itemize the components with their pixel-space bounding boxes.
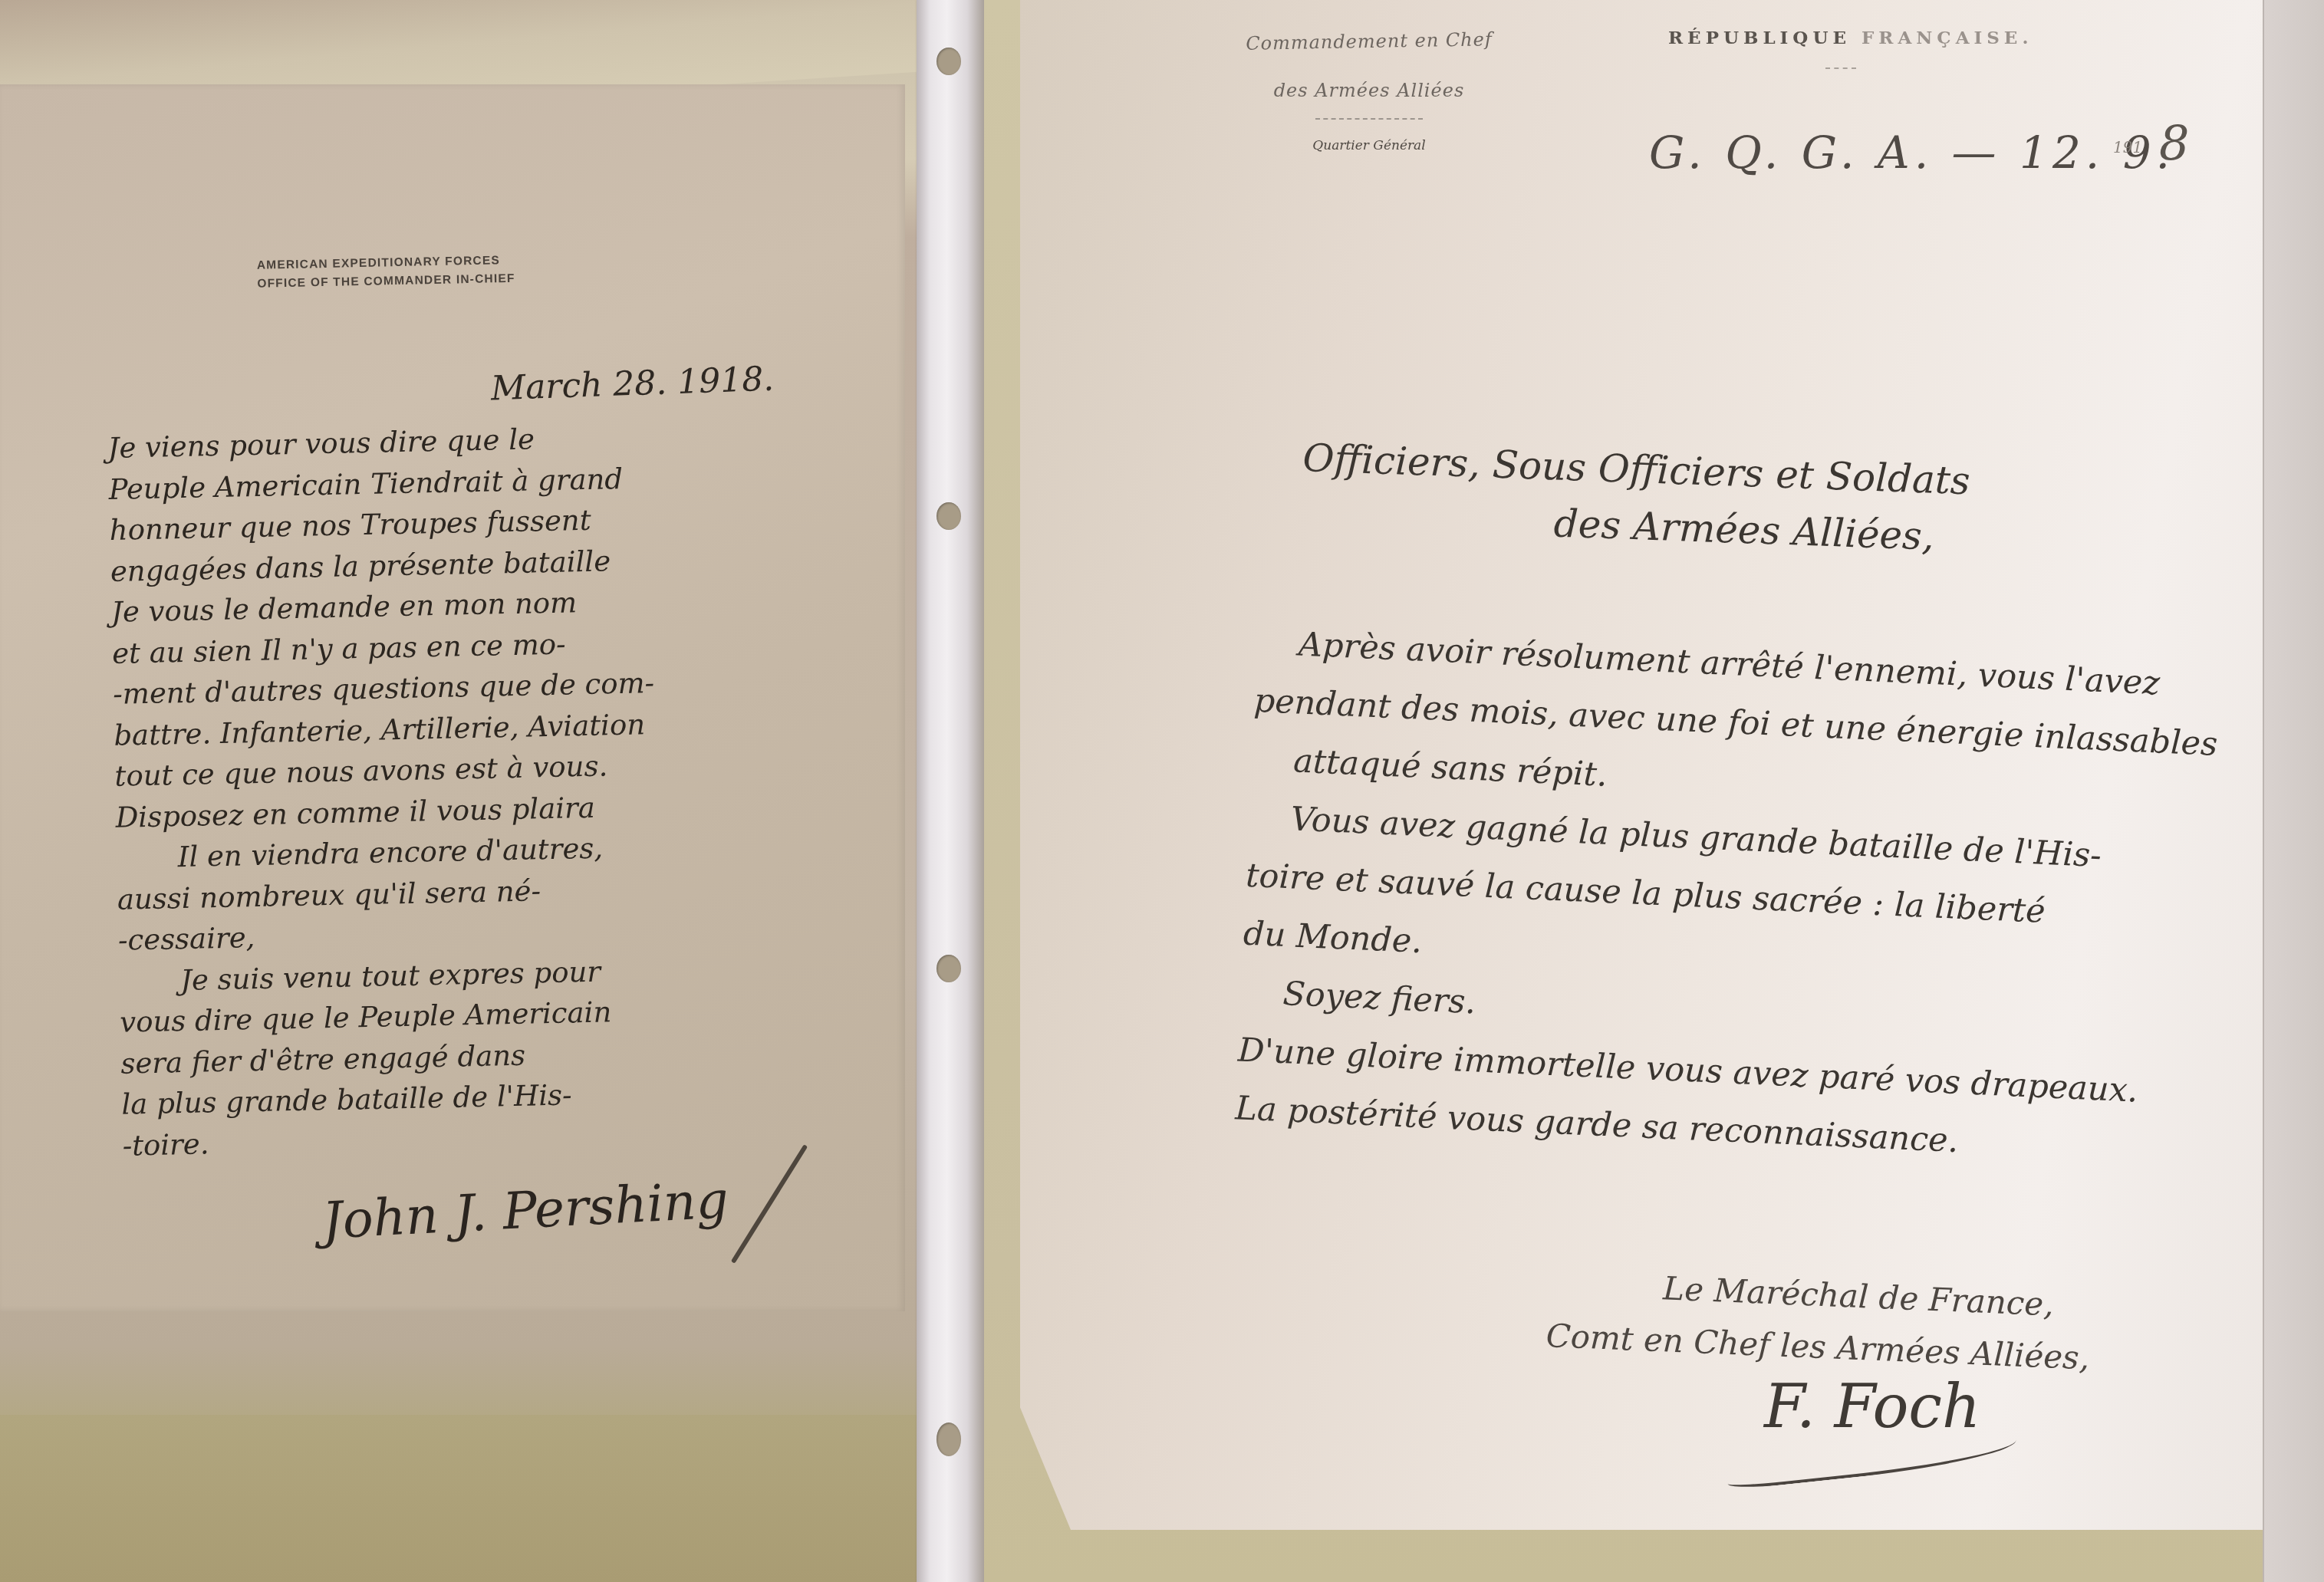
binder-sleeve-strip (917, 0, 984, 1582)
letterhead-hq-line: Quartier Général (1216, 138, 1522, 153)
photo-scene: AMERICAN EXPEDITIONARY FORCES OFFICE OF … (0, 0, 2324, 1582)
punch-hole (937, 1422, 961, 1456)
foch-letter-body: Après avoir résolument arrêté l'ennemi, … (1234, 613, 2316, 1186)
foch-signature: F. Foch (1764, 1373, 1980, 1442)
letterhead-command-line: Commandement en Chef (1216, 28, 1522, 55)
punch-hole (937, 48, 961, 75)
aef-letterhead: AMERICAN EXPEDITIONARY FORCES OFFICE OF … (257, 249, 611, 294)
letterhead-armies-line: des Armées Alliées (1216, 80, 1522, 101)
punch-hole (937, 502, 961, 530)
year-prefix: 191 (2113, 138, 2142, 156)
foch-place-date: G. Q. G. A. — 12. 9. (1649, 127, 2174, 179)
republique-francaise-heading: RÉPUBLIQUE FRANÇAISE. (1668, 28, 2033, 48)
heading-divider (1825, 67, 1856, 69)
pershing-letter-body: Je viens pour vous dire que le Peuple Am… (107, 413, 844, 1166)
foch-letterhead-command: Commandement en Chef des Armées Alliées … (1216, 31, 1522, 153)
punch-hole (937, 955, 961, 982)
letterhead-divider (1315, 118, 1423, 120)
left-bottom-backing (0, 1415, 932, 1582)
year-digit: 8 (2159, 115, 2189, 171)
republique-word: RÉPUBLIQUE (1668, 28, 1851, 48)
francaise-word: FRANÇAISE. (1862, 28, 2033, 48)
